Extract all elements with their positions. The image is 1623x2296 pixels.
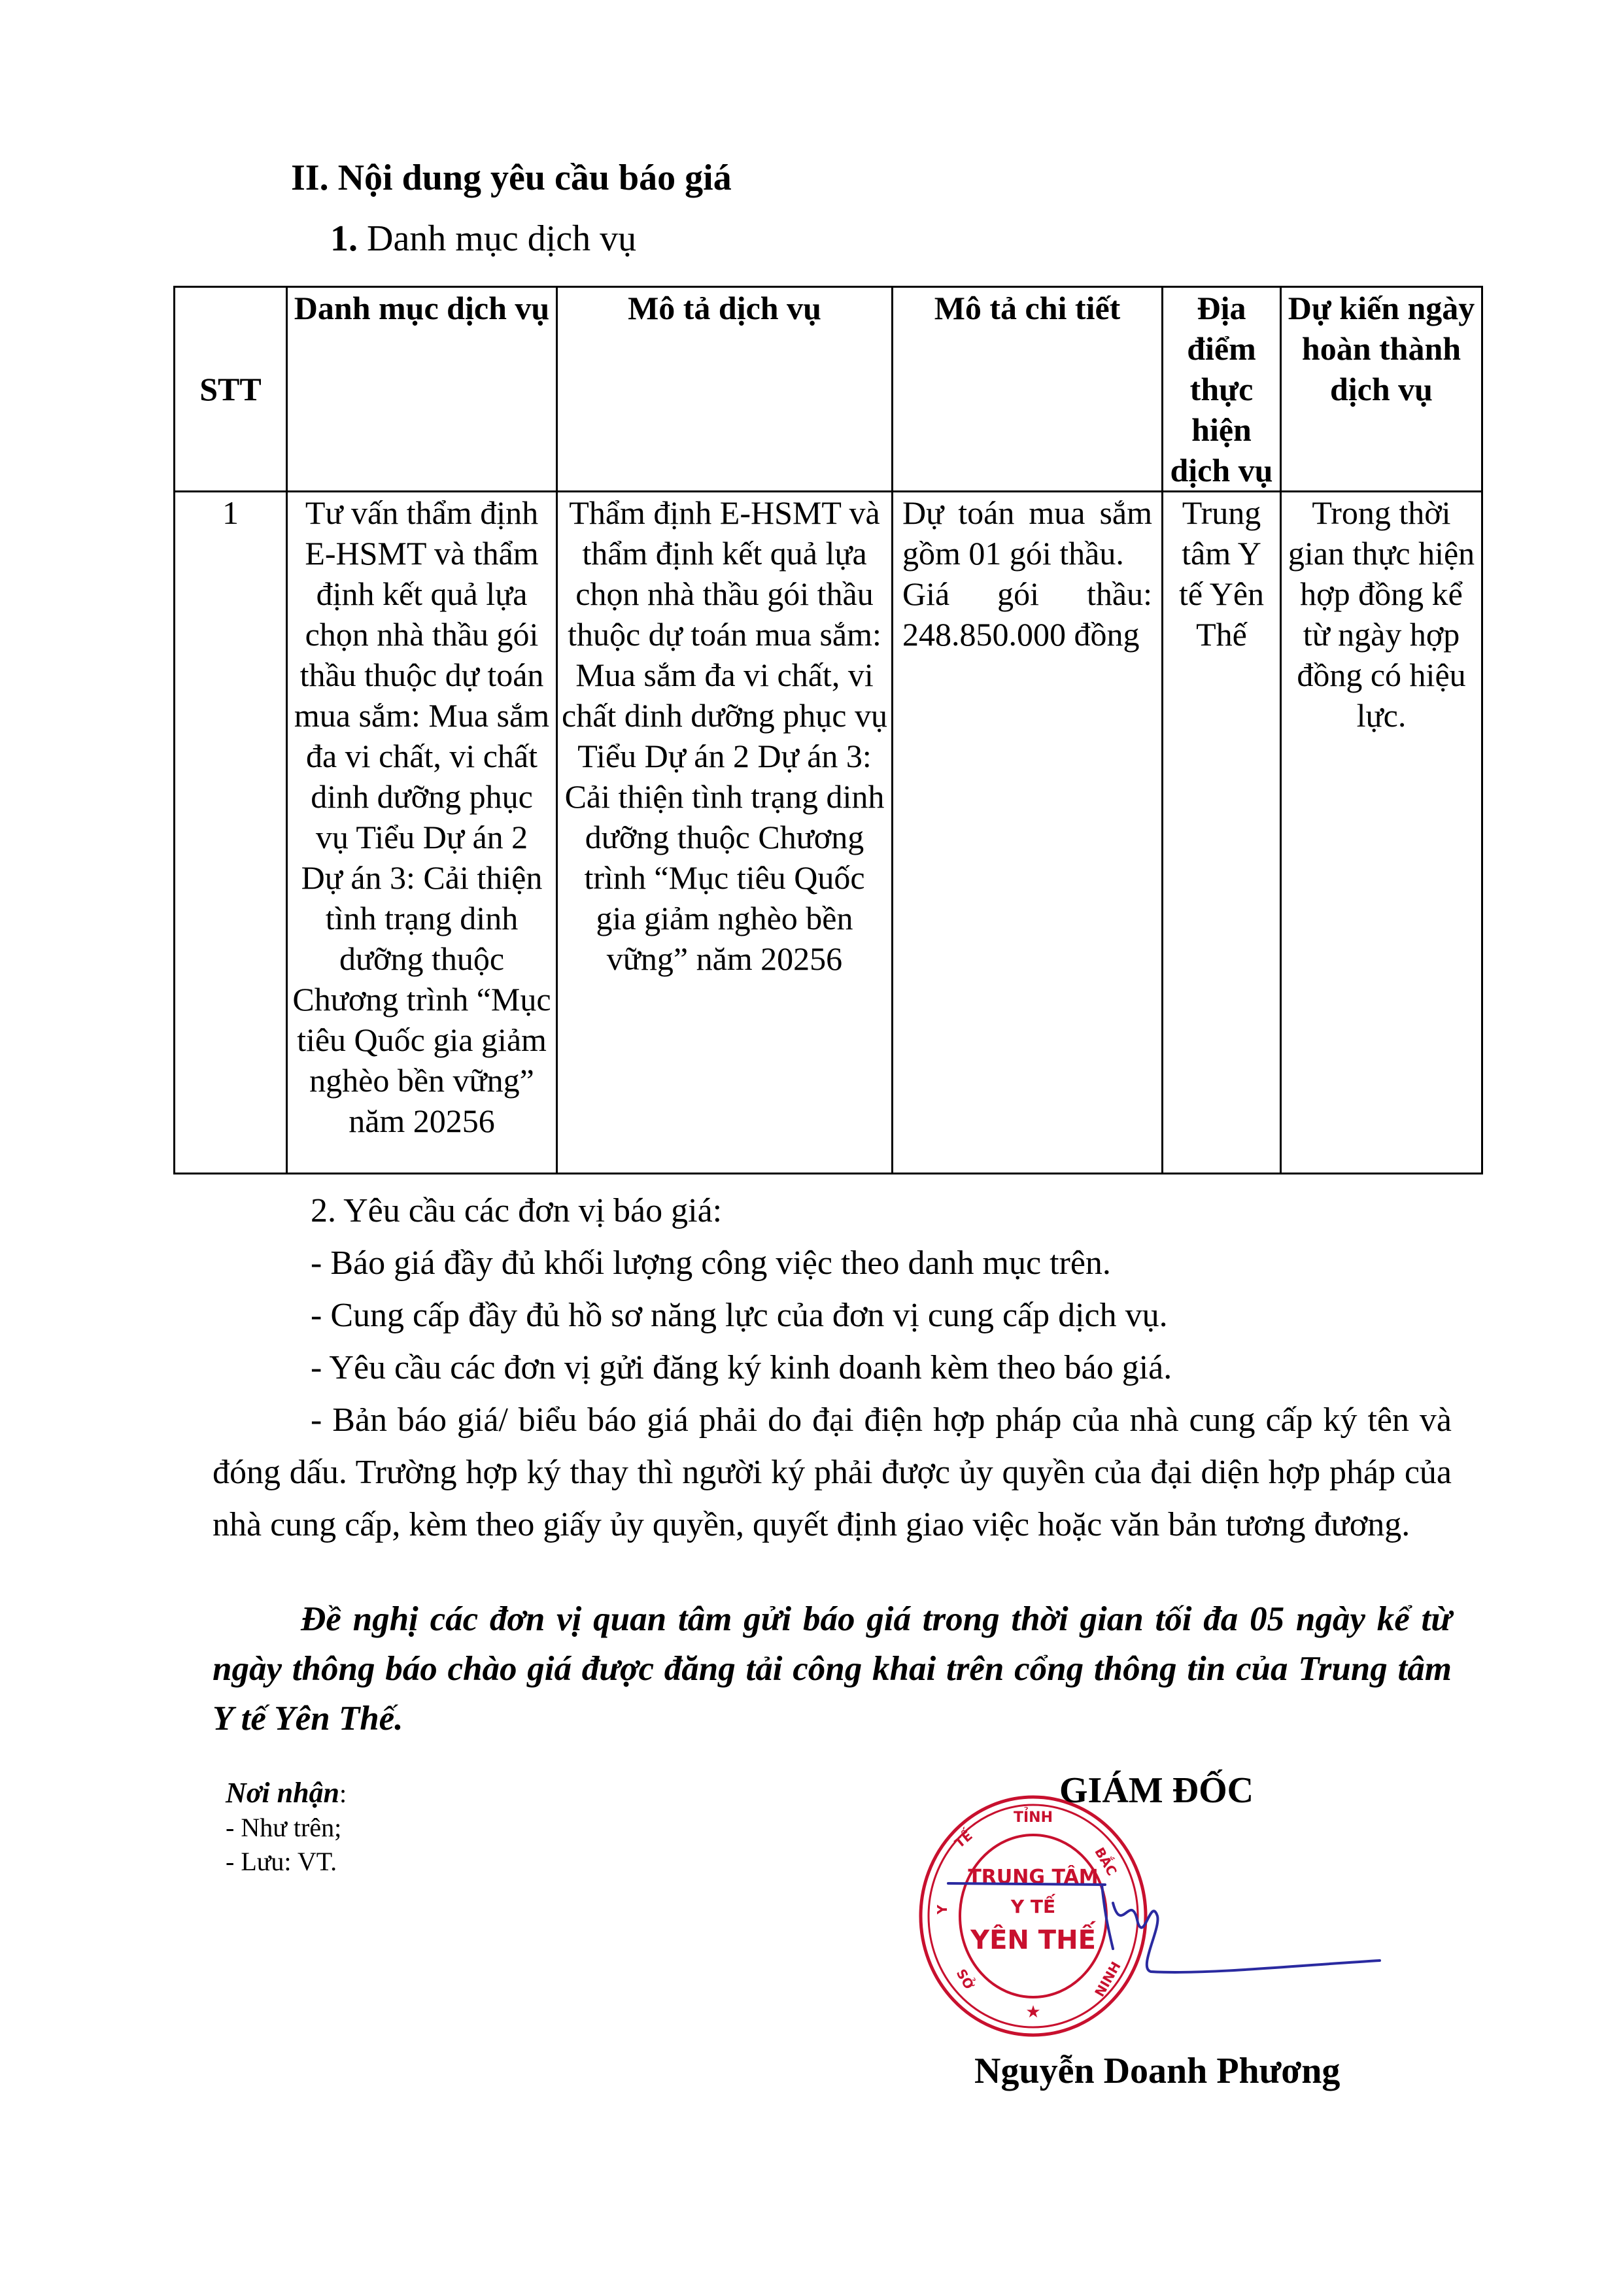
cell-stt: 1 xyxy=(175,492,287,1174)
detail-package-price: Giá gói thầu: 248.850.000 đồng xyxy=(902,574,1152,655)
recipient-item: - Như trên; xyxy=(226,1811,347,1845)
cell-description: Thẩm định E-HSMT và thẩm định kết quả lự… xyxy=(557,492,893,1174)
signature-icon xyxy=(942,1877,1386,1981)
requirements-section: 2. Yêu cầu các đơn vị báo giá: - Báo giá… xyxy=(213,1185,1452,1551)
proposal-paragraph: Đề nghị các đơn vị quan tâm gửi báo giá … xyxy=(213,1594,1452,1743)
table-header-row: STT Danh mục dịch vụ Mô tả dịch vụ Mô tả… xyxy=(175,287,1482,492)
director-title: GIÁM ĐỐC xyxy=(1059,1770,1254,1811)
detail-package-count: Dự toán mua sắm gồm 01 gói thầu. xyxy=(902,492,1152,574)
table-row: 1 Tư vấn thẩm định E-HSMT và thẩm định k… xyxy=(175,492,1482,1174)
cell-category: Tư vấn thẩm định E-HSMT và thẩm định kết… xyxy=(287,492,557,1174)
section-title: II. Nội dung yêu cầu báo giá xyxy=(291,152,732,204)
svg-text:★: ★ xyxy=(1025,2002,1040,2022)
signer-name: Nguyễn Doanh Phương xyxy=(974,2050,1340,2092)
cell-completion: Trong thời gian thực hiện hợp đồng kể từ… xyxy=(1281,492,1482,1174)
requirement-item: - Bản báo giá/ biểu báo giá phải do đại … xyxy=(213,1394,1452,1551)
recipients-block: Nơi nhận: - Như trên; - Lưu: VT. xyxy=(226,1776,347,1879)
recipients-label: Nơi nhận xyxy=(226,1777,339,1809)
header-category: Danh mục dịch vụ xyxy=(287,287,557,492)
requirement-item: - Cung cấp đầy đủ hồ sơ năng lực của đơn… xyxy=(213,1290,1452,1342)
header-stt: STT xyxy=(175,287,287,492)
cell-detail: Dự toán mua sắm gồm 01 gói thầu. Giá gói… xyxy=(893,492,1163,1174)
subsection-label: Danh mục dịch vụ xyxy=(358,218,636,259)
header-location: Địa điểm thực hiện dịch vụ xyxy=(1163,287,1281,492)
requirement-item: - Yêu cầu các đơn vị gửi đăng ký kinh do… xyxy=(213,1342,1452,1394)
svg-text:TỈNH: TỈNH xyxy=(1014,1808,1053,1826)
header-completion: Dự kiến ngày hoàn thành dịch vụ xyxy=(1281,287,1482,492)
subsection-number: 1. xyxy=(330,218,358,259)
subsection-title: 1. Danh mục dịch vụ xyxy=(330,213,636,265)
header-detail: Mô tả chi tiết xyxy=(893,287,1163,492)
service-table: STT Danh mục dịch vụ Mô tả dịch vụ Mô tả… xyxy=(173,286,1483,1174)
recipient-item: - Lưu: VT. xyxy=(226,1845,347,1879)
cell-location: Trung tâm Y tế Yên Thế xyxy=(1163,492,1281,1174)
requirements-title: 2. Yêu cầu các đơn vị báo giá: xyxy=(213,1185,1452,1237)
requirement-item: - Báo giá đầy đủ khối lượng công việc th… xyxy=(213,1237,1452,1290)
header-description: Mô tả dịch vụ xyxy=(557,287,893,492)
